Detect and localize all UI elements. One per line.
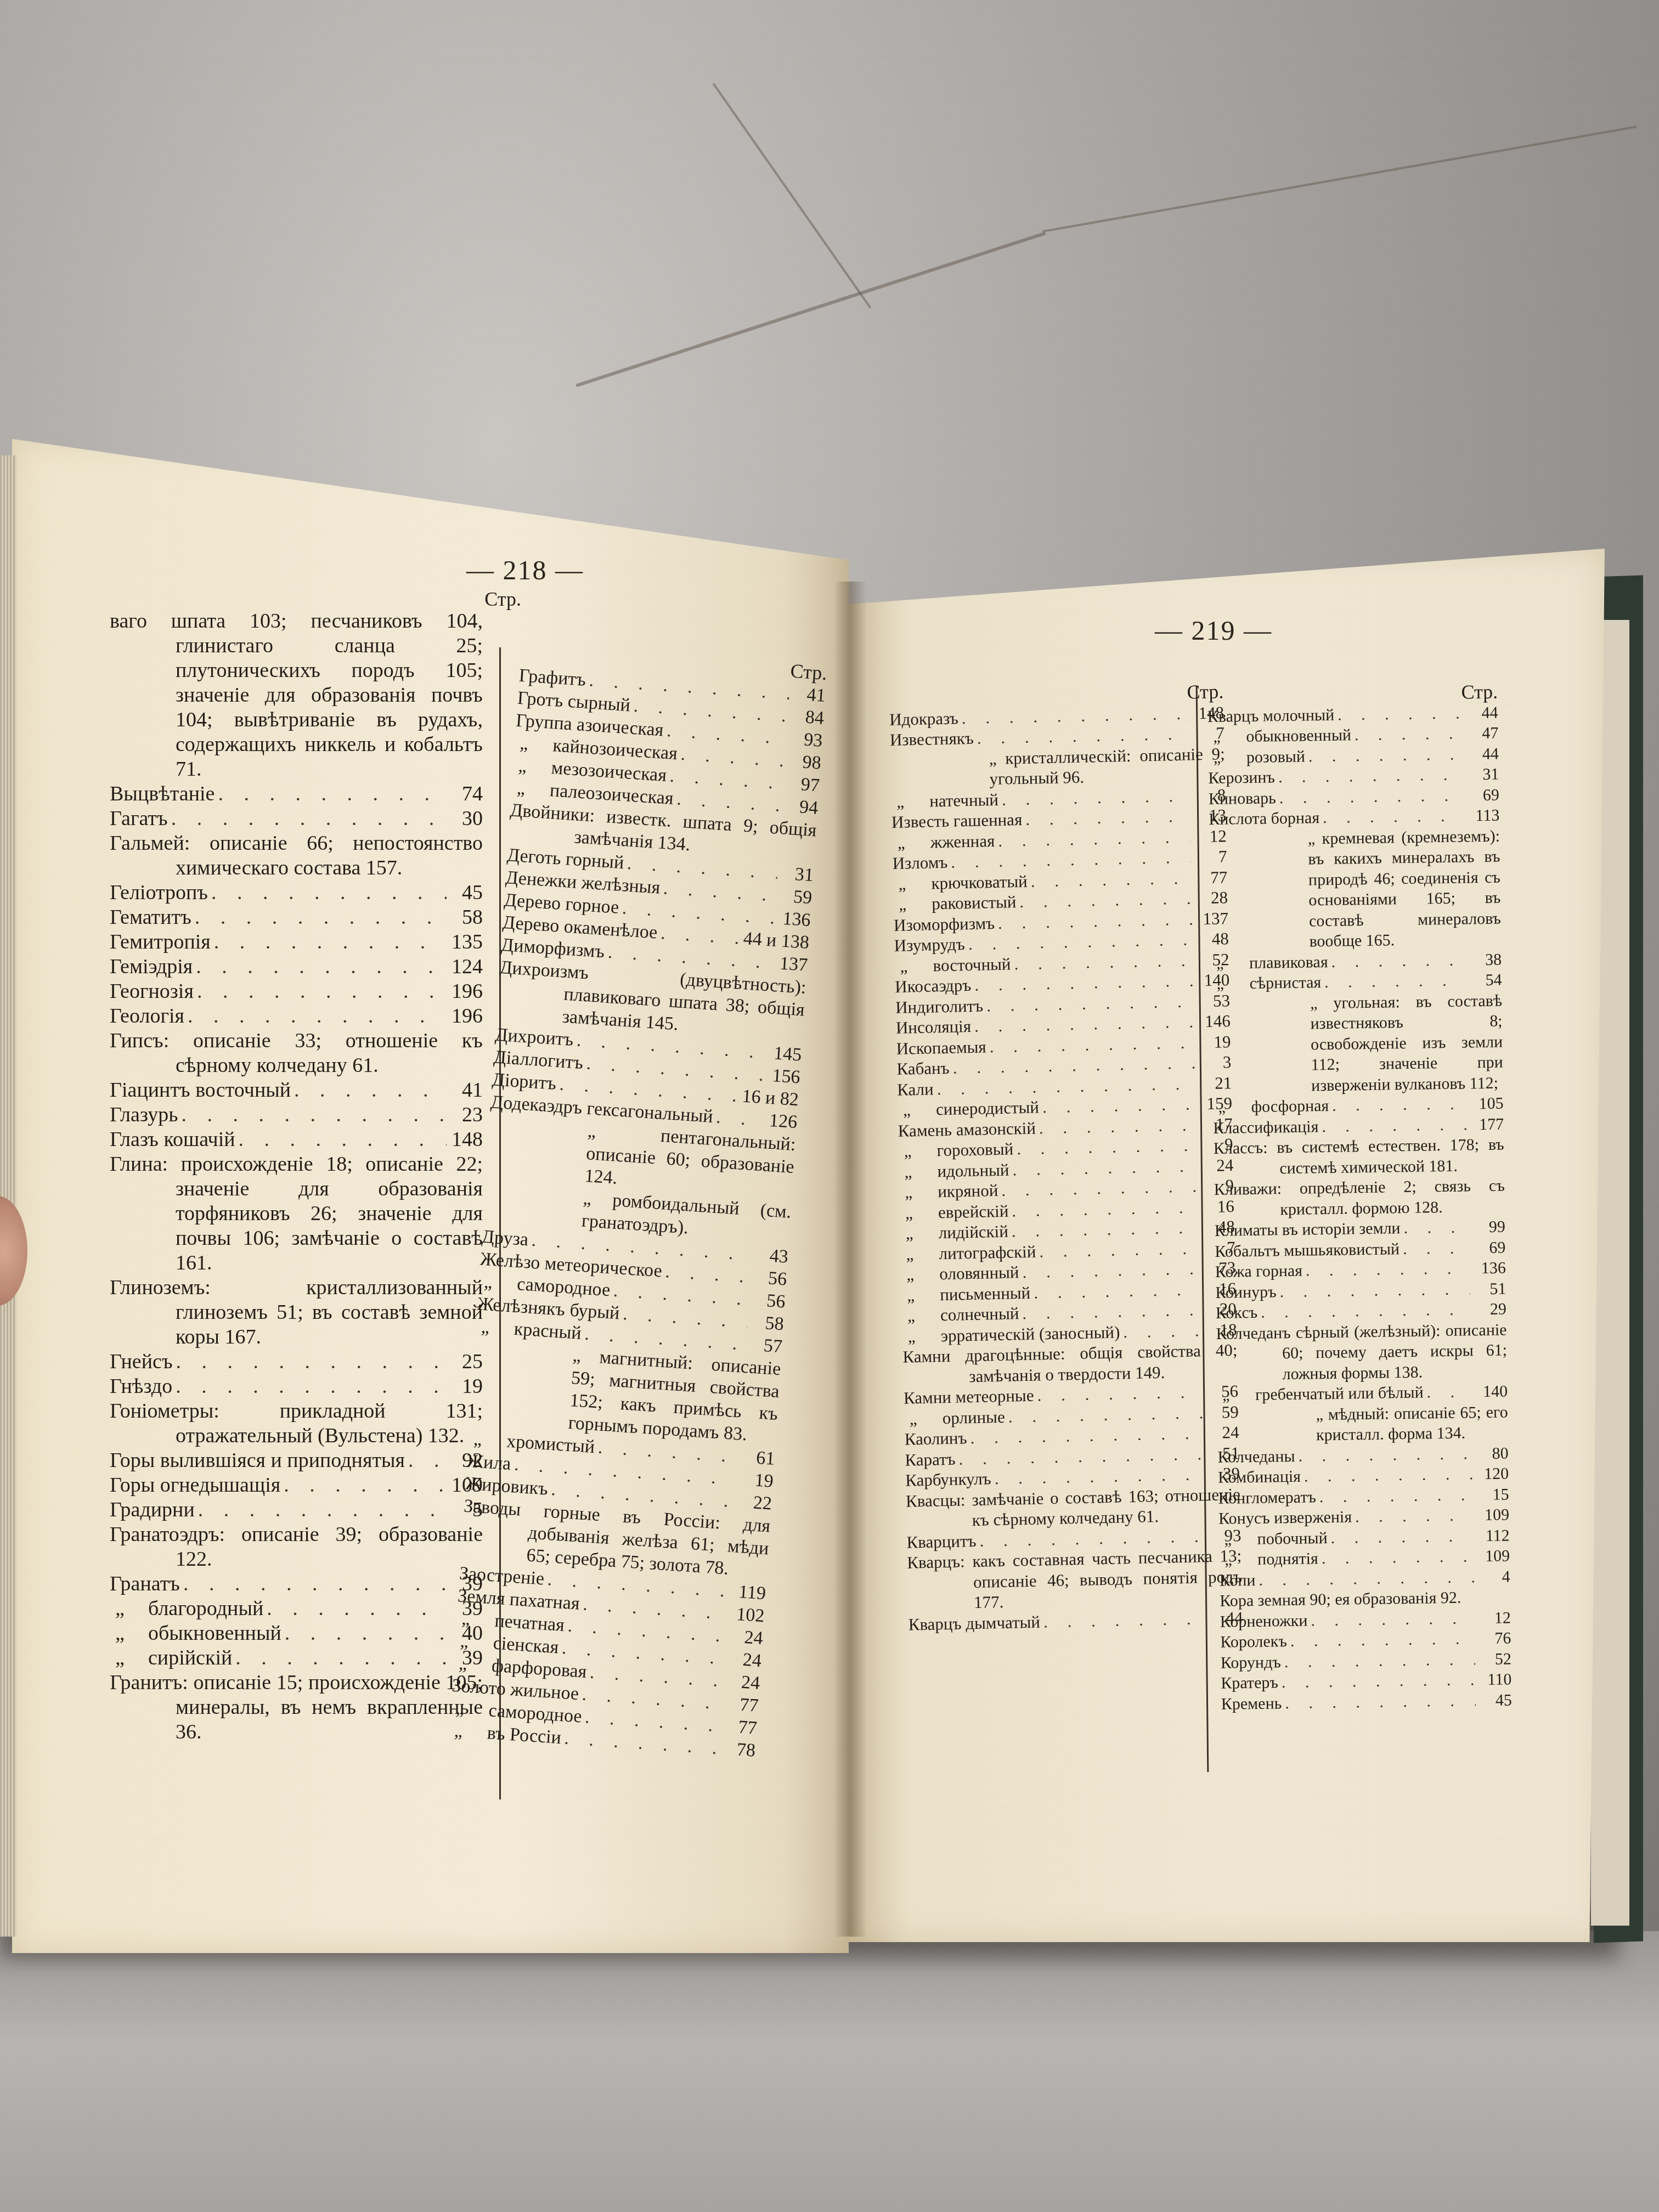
entry-page-number: 43 (755, 1244, 789, 1268)
index-entry-multiline: ваго шпата 103; песчаниковъ 104, глинист… (110, 609, 483, 782)
index-entry-multiline: Кливажи: опредѣленіе 2; связь съ кристал… (1214, 1176, 1505, 1221)
leader-dots (197, 979, 447, 1004)
leader-dots (284, 1473, 447, 1498)
entry-page-number: 44 (1466, 743, 1499, 764)
entry-term: благородный (110, 1596, 263, 1621)
index-entry-multiline: Квасцы: замѣчаніе о составѣ 163; отношен… (906, 1483, 1241, 1532)
leader-dots (235, 1646, 447, 1671)
page-edges (0, 455, 16, 1937)
leader-dots (1426, 1381, 1471, 1403)
entry-page-number: 98 (787, 750, 822, 775)
entry-term: Коинуръ (1215, 1282, 1277, 1303)
entry-term: крючковатый (893, 871, 1028, 894)
entry-term: Каратъ (905, 1448, 956, 1470)
entry-page-number: 16 и 82 (741, 1085, 799, 1111)
entry-page-number: 80 (1475, 1443, 1509, 1464)
entry-page-number: 145 (768, 1042, 803, 1066)
entry-page-number: 74 (450, 782, 483, 806)
leader-dots (188, 1004, 447, 1029)
entry-term: Жила (466, 1450, 511, 1475)
entry-term: Глазурь (110, 1103, 178, 1127)
entry-term: Геліотропъ (110, 881, 208, 905)
entry-term: Выцвѣтаніе (110, 782, 215, 806)
entry-term: Корненожки (1220, 1610, 1308, 1632)
entry-page-number: 69 (1466, 785, 1500, 805)
entry-page-number: 19 (740, 1468, 774, 1493)
entry-term: раковистый (893, 891, 1017, 915)
index-subentry: сирійскій39 (110, 1646, 483, 1671)
index-entry-multiline: Камни драгоцѣнные: общія свойства 40; за… (902, 1340, 1238, 1388)
entry-term: поднятія (1219, 1548, 1318, 1570)
leader-dots (1311, 1608, 1475, 1631)
entry-page-number: 54 (1469, 970, 1502, 991)
leader-dots (171, 806, 447, 831)
entry-term: гороховый (898, 1138, 1013, 1161)
entry-page-number: 105 (1470, 1093, 1504, 1114)
leader-dots (239, 1127, 447, 1152)
leader-dots (1261, 1299, 1470, 1323)
leader-dots (1285, 1690, 1476, 1713)
leader-dots (1331, 950, 1465, 972)
index-entry-multiline: „ угольная: въ составѣ известняковъ 8; о… (1211, 990, 1504, 1097)
entry-term: розовый (1208, 746, 1306, 768)
leader-dots (176, 1374, 447, 1399)
entry-term: Друза (481, 1226, 529, 1251)
entry-term: Известнякъ (890, 728, 974, 751)
leader-dots (1355, 724, 1463, 746)
entry-term: Комбинація (1218, 1466, 1301, 1488)
index-entry: Гранатъ39 (110, 1572, 483, 1596)
index-entry: Глазъ кошачій148 (110, 1127, 483, 1152)
entry-term: обыкновенный (110, 1621, 281, 1646)
index-entry: Гнейсъ25 (110, 1350, 483, 1374)
entry-term: Изумрудъ (894, 934, 965, 956)
entry-term: Кварцъ дымчатый (908, 1611, 1040, 1635)
leader-dots (1290, 1628, 1475, 1651)
entry-page-number: 109 (1476, 1504, 1510, 1525)
entry-page-number: 136 (777, 907, 811, 932)
column-header: Стр. (484, 587, 521, 612)
entry-term: Коксъ (1216, 1302, 1258, 1324)
book-gutter (834, 582, 867, 1937)
marble-vein (575, 232, 1046, 387)
table-surface (0, 1931, 1659, 2212)
leader-dots (1403, 1217, 1469, 1238)
entry-page-number: 156 (766, 1064, 801, 1089)
index-entry: Гемитропія135 (110, 930, 483, 955)
marble-vein (712, 83, 871, 309)
entry-page-number: 119 (732, 1580, 767, 1605)
index-entry: Выцвѣтаніе74 (110, 782, 483, 806)
index-entry-multiline: Гранитъ: описаніе 15; происхожденіе 105;… (110, 1671, 483, 1745)
entry-term: обыкновенный (1207, 725, 1351, 747)
entry-page-number: 45 (1479, 1690, 1513, 1711)
entry-term: Гнейсъ (110, 1350, 173, 1374)
entry-term: Гагатъ (110, 806, 168, 831)
index-entry: Геміэдрія124 (110, 955, 483, 979)
index-column-1: Стр. ваго шпата 103; песчаниковъ 104, гл… (110, 609, 483, 1745)
leader-dots (1324, 970, 1466, 992)
entry-page-number: 124 (450, 955, 483, 979)
leader-dots (1278, 765, 1463, 788)
entry-term: Известь гашенная (891, 809, 1023, 832)
entry-page-number: 31 (1466, 764, 1499, 785)
entry-page-number: 31 (780, 862, 815, 887)
entry-term: Кремень (1221, 1693, 1282, 1714)
entry-page-number: 24 (729, 1625, 764, 1650)
entry-page-number: 47 (1465, 723, 1499, 744)
entry-page-number: 59 (778, 884, 813, 909)
leader-dots (294, 1078, 447, 1103)
entry-page-number: 135 (450, 930, 483, 955)
index-entry: Гнѣздо19 (110, 1374, 483, 1399)
entry-term: Идокразъ (889, 708, 958, 730)
index-entry-multiline: Глина: происхожденіе 18; описаніе 22; зн… (110, 1152, 483, 1276)
entry-page-number: 110 (1479, 1669, 1512, 1690)
leader-dots (408, 1448, 447, 1473)
entry-term: побочный (1218, 1528, 1327, 1550)
entry-page-number: 56 (753, 1266, 788, 1291)
entry-term: Гематитъ (110, 905, 191, 930)
leader-dots (196, 955, 447, 979)
entry-term: Глазъ кошачій (110, 1127, 235, 1152)
entry-term: Кратеръ (1221, 1672, 1278, 1694)
entry-term: фосфорная (1212, 1096, 1329, 1118)
leader-dots (1338, 703, 1462, 725)
entry-term: оловянный (901, 1262, 1019, 1285)
index-entry: Горы огнедышащія109 (110, 1473, 483, 1498)
entry-term: Гранатъ (110, 1572, 180, 1596)
leader-dots (198, 1498, 447, 1522)
entry-term: Карбункулъ (905, 1468, 991, 1491)
entry-term: Изломъ (892, 852, 947, 874)
leader-dots (1037, 1381, 1202, 1406)
index-entry-multiline: „ кремневая (кремнеземъ): въ какихъ мине… (1209, 826, 1502, 953)
entry-term: Геологія (110, 1004, 184, 1029)
leader-dots (1308, 744, 1463, 766)
entry-page-number: 4 (1477, 1566, 1510, 1587)
entry-term: идольный (899, 1159, 1009, 1182)
leader-dots (267, 1596, 447, 1621)
leader-dots (1279, 1279, 1470, 1302)
entry-page-number: 97 (786, 772, 821, 797)
entry-page-number: 15 (1476, 1484, 1509, 1505)
leader-dots (1019, 888, 1192, 912)
leader-dots (1322, 1546, 1474, 1568)
entry-term: Керозинъ (1208, 767, 1275, 788)
index-entry-multiline: Гранатоэдръ: описаніе 39; образованіе 12… (110, 1522, 483, 1572)
entry-page-number: 93 (789, 727, 823, 752)
entry-page-number: 94 (785, 795, 819, 820)
entry-page-number: 113 (1466, 805, 1500, 826)
entry-term: гребенчатый или бѣлый (1217, 1383, 1424, 1406)
index-entry-multiline: Гальмей: описаніе 66; непостоянство хими… (110, 831, 483, 881)
entry-page-number: 137 (774, 952, 809, 977)
entry-page-number: 52 (1479, 1649, 1512, 1669)
entry-term: литографскій (900, 1241, 1036, 1265)
entry-page-number: 99 (1472, 1217, 1506, 1238)
leader-dots (214, 930, 447, 955)
leader-dots (1282, 1669, 1476, 1692)
entry-page-number: 196 (450, 1004, 483, 1029)
index-entry: Гіацинтъ восточный41 (110, 1078, 483, 1103)
entry-term: натечный (891, 789, 998, 812)
entry-term: плавиковая (1211, 951, 1328, 973)
entry-term: Ископаемыя (896, 1036, 986, 1059)
entry-term: Кали (897, 1079, 934, 1100)
entry-term: Камни метеорные (904, 1385, 1034, 1408)
entry-term: Конгломератъ (1218, 1487, 1316, 1509)
entry-page-number: 30 (450, 806, 483, 831)
entry-term: Кислота борная (1209, 808, 1319, 830)
leader-dots (1355, 1505, 1474, 1527)
leader-dots (1030, 867, 1191, 891)
index-entry: Гагатъ30 (110, 806, 483, 831)
leader-dots (1279, 785, 1463, 808)
entry-page-number: 44 (1465, 702, 1498, 723)
entry-page-number: 177 (1471, 1114, 1504, 1135)
entry-term: орлиные (904, 1406, 1005, 1429)
index-entry-multiline: Глиноземъ: кристаллизованный глиноземъ 5… (110, 1276, 483, 1350)
entry-term: сирійскій (110, 1646, 232, 1671)
entry-page-number: 24 (726, 1670, 761, 1695)
entry-term: Кварцъ молочный (1207, 704, 1335, 727)
leader-dots (1319, 1485, 1473, 1507)
leader-dots (195, 905, 447, 930)
entry-page-number: 112 (1476, 1525, 1510, 1546)
marble-vein (1042, 126, 1637, 233)
index-entry-multiline: Кварцъ: какъ составная часть песчаника 1… (907, 1545, 1243, 1614)
leader-dots (1322, 1114, 1468, 1137)
index-entry: Гематитъ58 (110, 905, 483, 930)
entry-term: Камень амазонскій (898, 1118, 1036, 1141)
entry-term: Гіацинтъ восточный (110, 1078, 291, 1103)
leader-dots (1284, 1649, 1476, 1672)
entry-page-number: 57 (749, 1333, 783, 1358)
index-entry: Геологія196 (110, 1004, 483, 1029)
entry-page-number: 77 (725, 1692, 759, 1717)
entry-term: Икосаэдръ (895, 975, 972, 997)
entry-term: Геогнозія (110, 979, 194, 1004)
leader-dots (176, 1350, 447, 1374)
entry-term: Климаты въ исторіи земли (1215, 1218, 1401, 1241)
leader-dots (1025, 806, 1190, 830)
index-subentry: обыкновенный40 (110, 1621, 483, 1646)
leader-dots (285, 1621, 447, 1646)
leader-dots (1306, 1258, 1470, 1281)
entry-page-number: 136 (1473, 1257, 1506, 1278)
entry-page-number: 12 (1478, 1607, 1511, 1628)
page-number-219: — 219 — (1155, 614, 1272, 646)
entry-page-number: 78 (722, 1737, 757, 1762)
leader-dots (1259, 1567, 1474, 1590)
leader-dots (1123, 1320, 1201, 1342)
entry-term: Кобальтъ мышьяковистый (1215, 1239, 1400, 1262)
page-number-218: — 218 — (466, 554, 584, 586)
index-entry: Геліотропъ45 (110, 881, 483, 905)
leader-dots (1034, 1279, 1200, 1303)
entry-term: лидійскій (900, 1221, 1008, 1244)
entry-page-number: 69 (1472, 1237, 1506, 1258)
entry-term: синеродистый (898, 1097, 1040, 1120)
entry-page-number: 41 (792, 682, 826, 707)
entry-page-number: 126 (764, 1109, 798, 1133)
entry-page-number: 22 (738, 1491, 773, 1515)
entry-term: Корундъ (1221, 1652, 1281, 1673)
leader-dots (218, 782, 447, 806)
leader-dots (1042, 1093, 1197, 1117)
index-entry-multiline: „ мѣдный: описаніе 65; его кристалл. фор… (1217, 1402, 1508, 1447)
index-entry: Градирни5 (110, 1498, 483, 1522)
entry-term: жженная (891, 831, 995, 853)
entry-term: Инсоляція (896, 1016, 972, 1038)
entry-term: Каолинъ (904, 1427, 967, 1449)
entry-term: письменный (901, 1282, 1031, 1305)
entry-term: Горы огнедышащія (110, 1473, 280, 1498)
leader-dots (1304, 1464, 1473, 1487)
entry-page-number: 41 (450, 1078, 483, 1103)
entry-page-number: 29 (1474, 1299, 1507, 1319)
leader-dots (181, 1103, 447, 1127)
entry-term: Гнѣздо (110, 1374, 172, 1399)
entry-term: Горы вылившіяся и приподнятыя (110, 1448, 405, 1473)
entry-term: Конусъ изверженія (1218, 1506, 1352, 1529)
entry-page-number: 102 (731, 1602, 765, 1627)
entry-page-number: 140 (1475, 1381, 1508, 1402)
entry-page-number: 61 (741, 1446, 776, 1470)
leader-dots (211, 881, 447, 905)
entry-page-number: 24 (728, 1647, 763, 1672)
leader-dots (1039, 1238, 1199, 1262)
index-column-4: Стр.Кварцъ молочный44обыкновенный47розов… (1207, 682, 1512, 1714)
entry-term: Градирни (110, 1498, 195, 1522)
entry-term: Копи (1220, 1570, 1256, 1590)
index-column-3: Стр.Идокразъ148Известнякъ7„ кристалличес… (889, 681, 1243, 1634)
entry-page-number: 38 (1469, 949, 1502, 970)
entry-term: Индиголитъ (895, 995, 984, 1018)
entry-page-number: 23 (450, 1103, 483, 1127)
index-entry: Кремень45 (1221, 1690, 1512, 1714)
leader-dots (1323, 805, 1464, 828)
leader-dots (1403, 1238, 1470, 1259)
leader-dots (183, 1572, 447, 1596)
entry-term: сѣрнистая (1211, 972, 1321, 994)
entry-page-number: 196 (450, 979, 483, 1004)
entry-term: икряной (899, 1180, 998, 1203)
index-entry-multiline: „ кристаллическій: описаніе 9; угольный … (890, 743, 1225, 792)
entry-term: Изоморфизмъ (894, 913, 995, 935)
entry-page-number: 148 (450, 1127, 483, 1152)
entry-page-number: 76 (1478, 1628, 1511, 1649)
leader-dots (1043, 1608, 1207, 1632)
entry-page-number: 56 (752, 1289, 786, 1313)
leader-dots (1332, 1093, 1468, 1116)
index-entry: Горы вылившіяся и приподнятыя92 (110, 1448, 483, 1473)
entry-term: Кабанъ (896, 1058, 950, 1080)
entry-term: Кожа горная (1215, 1261, 1303, 1283)
entry-term: Классификація (1213, 1116, 1319, 1138)
index-entry-multiline: Колчеданъ сѣрный (желѣзный): описаніе 60… (1216, 1319, 1508, 1385)
entry-page-number: 51 (1473, 1278, 1506, 1299)
leader-dots (1298, 1443, 1472, 1466)
index-entry-multiline: Классъ: въ системѣ естествен. 178; въ си… (1214, 1135, 1505, 1180)
entry-term: еврейскій (900, 1200, 1009, 1223)
index-entry: Глазурь23 (110, 1103, 483, 1127)
entry-page-number: 77 (723, 1715, 758, 1740)
entry-page-number: 58 (750, 1311, 785, 1336)
entry-term: восточный (894, 953, 1011, 977)
index-entry: Геогнозія196 (110, 979, 483, 1004)
leader-dots (715, 1106, 761, 1131)
entry-term: Королекъ (1220, 1631, 1287, 1652)
index-entry: Копи4 (1220, 1566, 1510, 1591)
entry-term: Колчеданы (1217, 1446, 1295, 1467)
index-subentry: благородный39 (110, 1596, 483, 1621)
entry-page-number: 120 (1476, 1463, 1509, 1484)
entry-term: солнечный (902, 1303, 1019, 1326)
leader-dots (1330, 1526, 1474, 1548)
entry-term: Геміэдрія (110, 955, 193, 979)
leader-dots (1039, 1114, 1197, 1138)
index-entry-multiline: Гипсъ: описаніе 33; отношеніе къ сѣрному… (110, 1029, 483, 1078)
entry-term: Кварцитъ (906, 1531, 977, 1553)
entry-page-number: 109 (1477, 1545, 1510, 1566)
entry-term: Киноварь (1209, 788, 1276, 809)
index-entry-multiline: Гоніометры: прикладной 131; отражательны… (110, 1399, 483, 1448)
entry-page-number: 45 (450, 881, 483, 905)
entry-page-number: 58 (450, 905, 483, 930)
entry-page-number: 84 (791, 705, 825, 730)
entry-term: Гемитропія (110, 930, 211, 955)
